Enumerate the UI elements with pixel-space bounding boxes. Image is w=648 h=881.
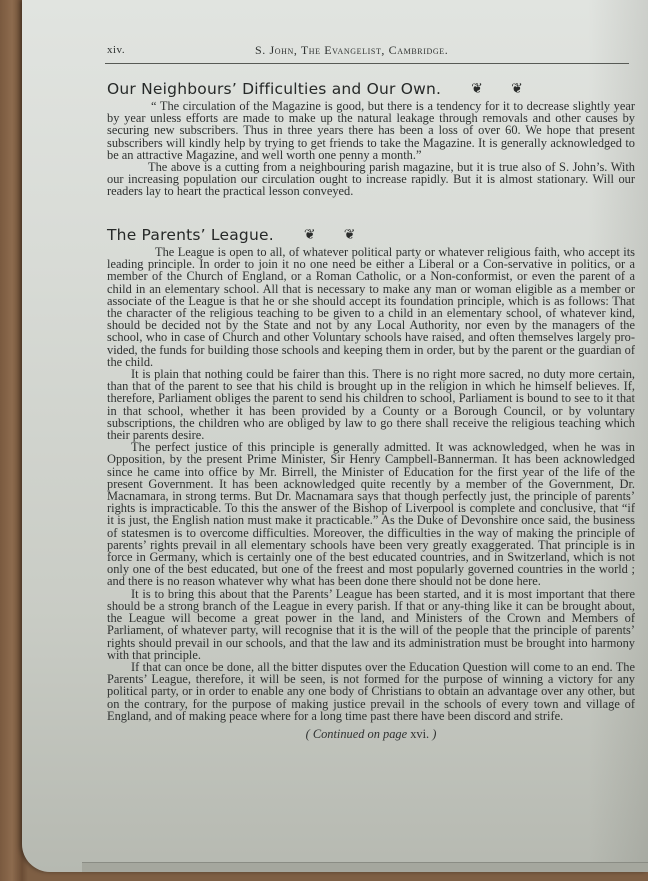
- fleuron-ornament-icon: ❦: [471, 81, 483, 97]
- page-bottom-edge: [82, 862, 648, 872]
- fleuron-ornament-icon: ❦: [511, 81, 523, 97]
- section-parents-league: The Parents’ League. ❦ ❦ The League is o…: [107, 226, 635, 742]
- page-content: xiv. S. John, The Evangelist, Cambridge.…: [107, 40, 635, 58]
- journal-title: S. John, The Evangelist, Cambridge.: [255, 43, 448, 58]
- header-rule: [105, 63, 629, 64]
- fleuron-ornament-icon: ❦: [304, 227, 316, 243]
- paragraph: The above is a cutting from a neighbouri…: [107, 161, 635, 198]
- continuation-note: ( Continued on page xvi. ): [107, 727, 635, 742]
- section-neighbours-difficulties: Our Neighbours’ Difficulties and Our Own…: [107, 80, 635, 198]
- paragraph: The perfect justice of this principle is…: [107, 441, 635, 587]
- section-heading: The Parents’ League. ❦ ❦: [107, 226, 635, 244]
- section-title: Our Neighbours’ Difficulties and Our Own…: [107, 80, 441, 98]
- magazine-page: xiv. S. John, The Evangelist, Cambridge.…: [22, 0, 648, 872]
- paragraph: It is plain that nothing could be fairer…: [107, 368, 635, 441]
- paragraph: If that can once be done, all the bitter…: [107, 661, 635, 722]
- page-number: xiv.: [107, 44, 125, 56]
- continuation-page-ref: xvi.: [410, 727, 429, 741]
- fleuron-ornament-icon: ❦: [344, 227, 356, 243]
- section-title: The Parents’ League.: [107, 226, 274, 244]
- paragraph: It is to bring this about that the Paren…: [107, 588, 635, 661]
- section-heading: Our Neighbours’ Difficulties and Our Own…: [107, 80, 635, 98]
- paragraph: The League is open to all, of whatever p…: [107, 246, 635, 368]
- running-head: xiv. S. John, The Evangelist, Cambridge.: [107, 40, 635, 58]
- quoted-paragraph: “ The circulation of the Magazine is goo…: [107, 100, 635, 161]
